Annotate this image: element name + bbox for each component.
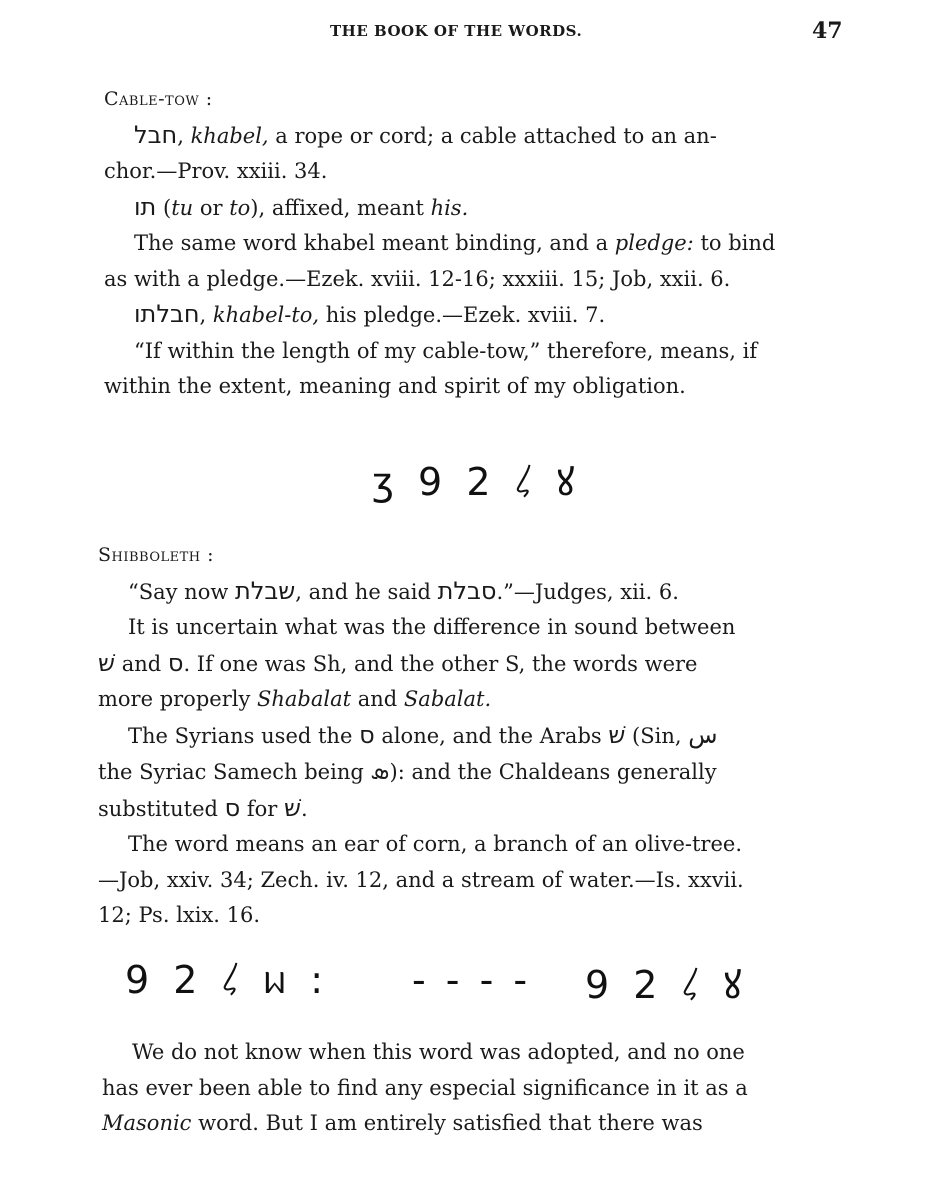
paragraph-line: Masonic word. But I am entirely satisfie…	[102, 1106, 832, 1142]
hebrew-letter: שׁ	[608, 721, 625, 749]
paragraph-line: chor.—Prov. xxiii. 34.	[104, 154, 834, 190]
paragraph-line: more properly Shabalat and Sabalat.	[98, 682, 828, 718]
paragraph-line: The word means an ear of corn, a branch …	[98, 827, 828, 863]
hebrew-letter: ס	[359, 721, 375, 749]
hebrew-letter: שׁ	[284, 794, 301, 822]
hebrew-word: חבלתו	[134, 300, 200, 328]
hebrew-letter: שׁ	[98, 649, 115, 677]
hebrew-letter: ס	[168, 649, 184, 677]
book-page: THE BOOK OF THE WORDS. 47 Cable-tow : חב…	[0, 0, 936, 1200]
page-number: 47	[812, 18, 843, 44]
hebrew-word: שבלת	[235, 577, 295, 605]
paragraph-line: —Job, xxiv. 34; Zech. iv. 12, and a stre…	[98, 863, 828, 899]
hebrew-word: חבל	[134, 121, 177, 149]
section-shibboleth: Shibboleth : “Say now שבלת, and he said …	[98, 538, 828, 934]
paragraph-line: “Say now שבלת, and he said סבלת.”—Judges…	[98, 574, 828, 611]
paragraph-line: It is uncertain what was the difference …	[98, 610, 828, 646]
ancient-script-figure-left: 𐤋 2 9 ᥕ :	[125, 958, 329, 1003]
paragraph-line: The same word khabel meant binding, and …	[104, 226, 834, 262]
ancient-script-figure: ʒ 𐤋 2 9 ꙋ	[372, 455, 580, 507]
section-cable-tow: Cable-tow : חבל, khabel, a rope or cord;…	[104, 82, 834, 405]
syriac-letter: ܣ	[370, 757, 389, 785]
hebrew-letter: ס	[225, 794, 241, 822]
paragraph-line: “If within the length of my cable-tow,” …	[104, 334, 834, 370]
running-title: THE BOOK OF THE WORDS.	[330, 22, 582, 40]
paragraph-line: We do not know when this word was adopte…	[102, 1035, 832, 1071]
paragraph-line: The Syrians used the ס alone, and the Ar…	[98, 718, 828, 755]
hebrew-word: סבלת	[438, 577, 497, 605]
paragraph-line: within the extent, meaning and spirit of…	[104, 369, 834, 405]
section-heading: Shibboleth :	[98, 538, 828, 574]
paragraph-line: שׁ and ס. If one was Sh, and the other S…	[98, 646, 828, 683]
closing-paragraph: We do not know when this word was adopte…	[102, 1035, 832, 1142]
paragraph-line: substituted ס for שׁ.	[98, 791, 828, 828]
ancient-script-figure-right: 𐤋 2 9 ꙋ	[585, 958, 747, 1010]
dashes-separator: - - - -	[412, 958, 531, 1002]
section-heading: Cable-tow :	[104, 82, 834, 118]
paragraph-line: חבלתו, khabel-to, his pledge.—Ezek. xvii…	[104, 297, 834, 334]
paragraph-line: has ever been able to find any especial …	[102, 1071, 832, 1107]
paragraph-line: the Syriac Samech being ܣ): and the Chal…	[98, 754, 828, 791]
hebrew-word: תו	[134, 193, 156, 221]
arabic-letter: س	[688, 721, 717, 749]
paragraph-line: 12; Ps. lxix. 16.	[98, 898, 828, 934]
paragraph-line: as with a pledge.—Ezek. xviii. 12-16; xx…	[104, 262, 834, 298]
paragraph-line: תו (tu or to), affixed, meant his.	[104, 190, 834, 227]
paragraph-line: חבל, khabel, a rope or cord; a cable att…	[104, 118, 834, 155]
